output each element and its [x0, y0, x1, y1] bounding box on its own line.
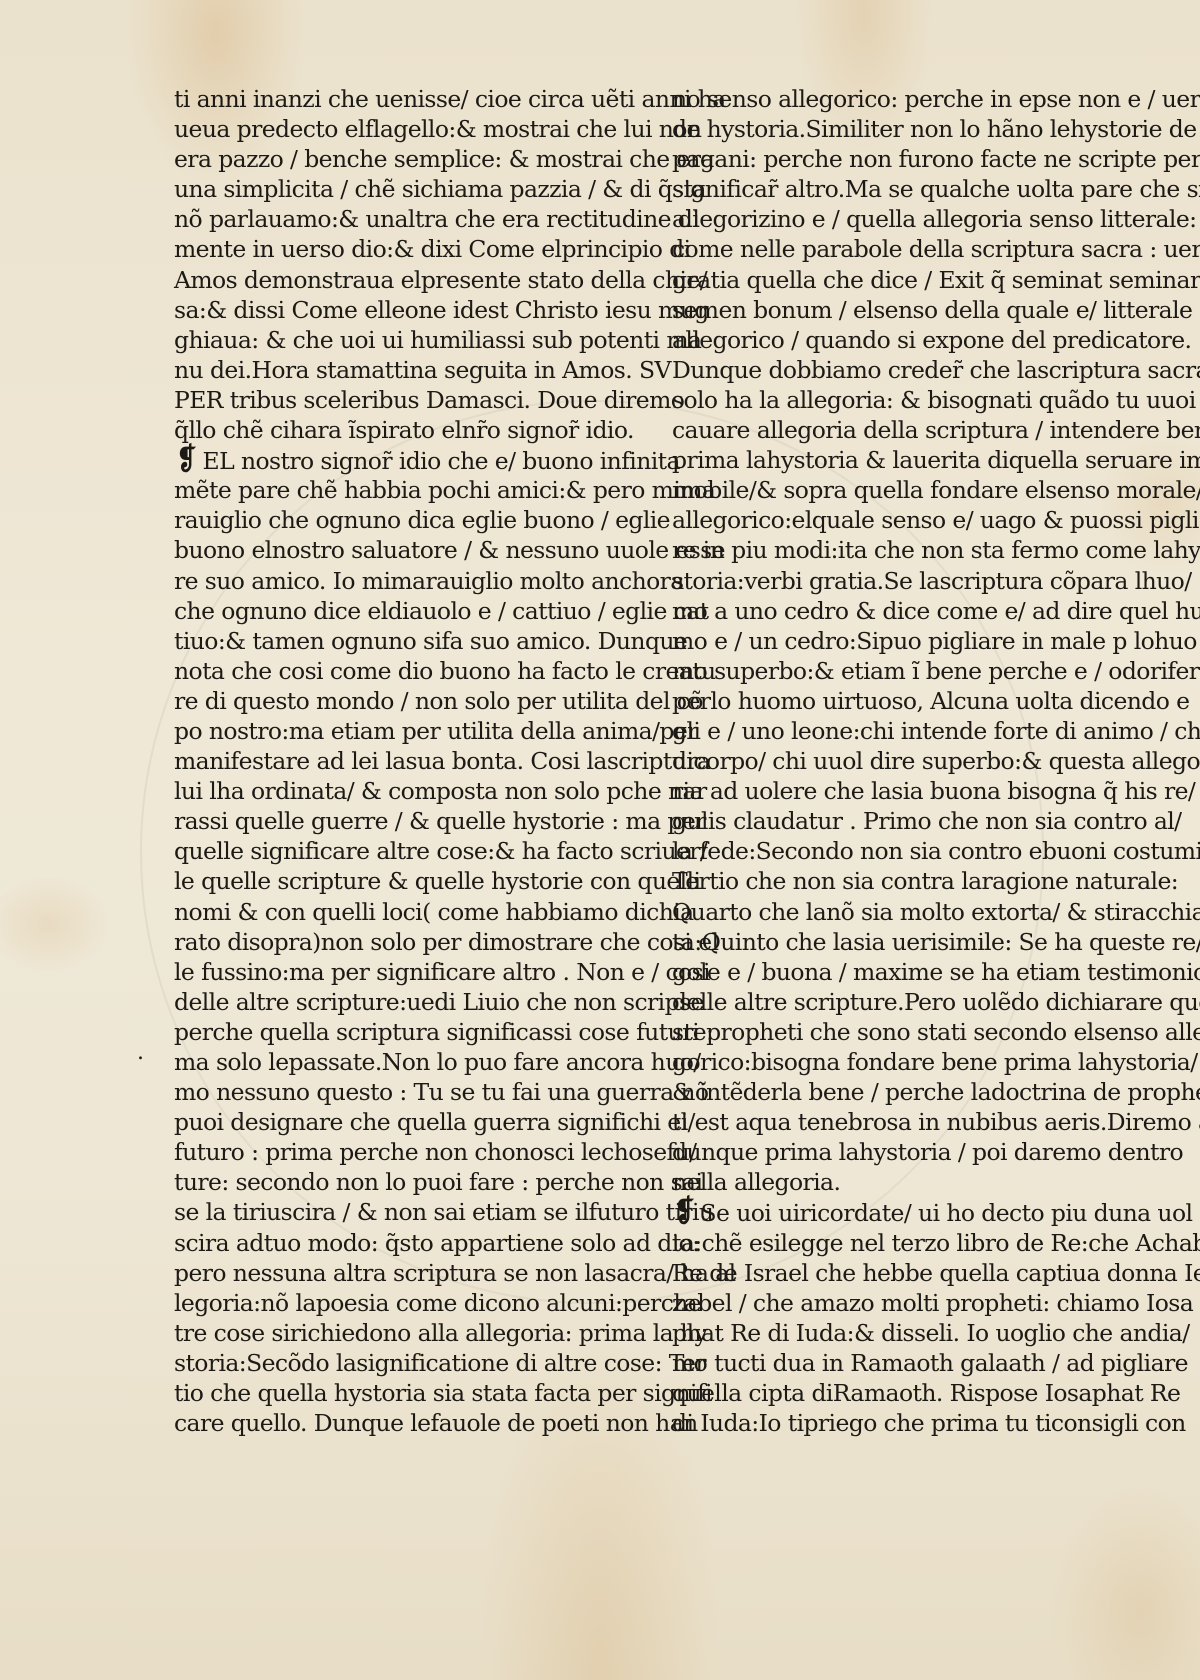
text-line: manifestare ad lei lasua bonta. Cosi las… — [174, 746, 634, 776]
text-line: phat Re di Iuda:& disseli. Io uoglio che… — [672, 1318, 1132, 1348]
line-text: & intẽderla bene / perche ladoctrina de … — [672, 1078, 1200, 1106]
line-text: PER tribus sceleribus Damasci. Doue dire… — [174, 386, 684, 414]
line-text: ueua predecto elflagello:& mostrai che l… — [174, 115, 701, 143]
line-text: una simplicita / chẽ sichiama pazzia / &… — [174, 175, 706, 203]
text-line: di Iuda:Io tipriego che prima tu ticonsi… — [672, 1408, 1132, 1438]
text-line: ta:chẽ esilegge nel terzo libro de Re:ch… — [672, 1228, 1132, 1258]
line-text: dicorpo/ chi uuol dire superbo:& questa … — [672, 747, 1200, 775]
line-text: se la tiriuscira / & non sai etiam se il… — [174, 1198, 713, 1226]
line-text: ta:Quinto che lasia uerisimile: Se ha qu… — [672, 928, 1200, 956]
text-line: no senso allegorico: perche in epse non … — [672, 84, 1132, 114]
text-line: mo superbo:& etiam ĩ bene perche e / odo… — [672, 656, 1132, 686]
line-text: ta:chẽ esilegge nel terzo libro de Re:ch… — [672, 1229, 1200, 1257]
text-line: tio che quella hystoria sia stata facta … — [174, 1378, 634, 1408]
line-text: tio che quella hystoria sia stata facta … — [174, 1379, 712, 1407]
line-text: EL nostro signor̃ idio che e/ buono infi… — [203, 447, 680, 475]
text-line: buono elnostro saluatore / & nessuno uuo… — [174, 535, 634, 565]
text-line: quella cipta diRamaoth. Rispose Iosaphat… — [672, 1378, 1132, 1408]
text-line: mẽte pare chẽ habbia pochi amici:& pero … — [174, 475, 634, 505]
text-line: gorico:bisogna fondare bene prima lahyst… — [672, 1047, 1132, 1077]
text-line: mo nessuno questo : Tu se tu fai una gue… — [174, 1077, 634, 1107]
text-line: ma solo lepassate.Non lo puo fare ancora… — [174, 1047, 634, 1077]
text-line: la fede:Secondo non sia contro ebuoni co… — [672, 836, 1132, 866]
line-text: nõ parlauamo:& unaltra che era rectitudi… — [174, 205, 699, 233]
text-line: perche quella scriptura significassi cos… — [174, 1017, 634, 1047]
paragraph-mark-icon: ❡ — [674, 1197, 694, 1227]
text-line: PER tribus sceleribus Damasci. Doue dire… — [174, 385, 634, 415]
text-line: storia:verbi gratia.Se lascriptura cõpar… — [672, 566, 1132, 596]
line-text: perlo huomo uirtuoso, Alcuna uolta dicen… — [672, 687, 1189, 715]
text-line: rassi quelle guerre / & quelle hystorie … — [174, 806, 634, 836]
line-text: legoria:nõ lapoesia come dicono alcuni:p… — [174, 1289, 701, 1317]
line-text: era pazzo / benche semplice: & mostrai c… — [174, 145, 714, 173]
line-text: nota che cosi come dio buono ha facto le… — [174, 657, 716, 685]
text-line: ❡Se uoi uiricordate/ ui ho decto piu dun… — [672, 1197, 1132, 1227]
line-text: Amos demonstraua elpresente stato della … — [174, 266, 707, 294]
text-line: nu dei.Hora stamattina seguita in Amos. … — [174, 355, 634, 385]
line-text: puoi designare che quella guerra signifi… — [174, 1108, 695, 1136]
line-text: mo superbo:& etiam ĩ bene perche e / odo… — [672, 657, 1200, 685]
line-text: zabel / che amazo molti propheti: chiamo… — [672, 1289, 1193, 1317]
line-text: ma solo lepassate.Non lo puo fare ancora… — [174, 1048, 701, 1076]
text-line: q̃llo chẽ cihara ĩspirato elnr̃o signor̃… — [174, 415, 634, 445]
line-text: tre cose sirichiedono alla allegoria: pr… — [174, 1319, 707, 1347]
line-text: allegorico / quando si expone del predic… — [672, 326, 1191, 354]
text-line: Quarto che lanõ sia molto extorta/ & sti… — [672, 897, 1132, 927]
text-line: gratia quella che dice / Exit q̃ seminat… — [672, 265, 1132, 295]
text-line: re suo amico. Io mimarauiglio molto anch… — [174, 566, 634, 596]
line-text: delle altre scripture:uedi Liuio che non… — [174, 988, 704, 1016]
text-line: sti propheti che sono stati secondo else… — [672, 1017, 1132, 1047]
line-text: ti anni inanzi che uenisse/ cioe circa u… — [174, 85, 726, 113]
text-line: ghiaua: & che uoi ui humiliassi sub pote… — [174, 325, 634, 355]
line-text: futuro : prima perche non chonosci lecho… — [174, 1138, 696, 1166]
line-text: care quello. Dunque lefauole de poeti no… — [174, 1409, 698, 1437]
line-text: manifestare ad lei lasua bonta. Cosi las… — [174, 747, 710, 775]
text-line: allegorico / quando si expone del predic… — [672, 325, 1132, 355]
text-line: nella allegoria. — [672, 1167, 1132, 1197]
line-text: mo a uno cedro & dice come e/ ad dire qu… — [672, 597, 1200, 625]
line-text: de hystoria.Similiter non lo hãno lehyst… — [672, 115, 1197, 143]
line-text: ghiaua: & che uoi ui humiliassi sub pote… — [174, 326, 701, 354]
text-line: scira adtuo modo: q̃sto appartiene solo … — [174, 1228, 634, 1258]
line-text: perche quella scriptura significassi cos… — [174, 1018, 713, 1046]
line-text: dunque prima lahystoria / poi daremo den… — [672, 1138, 1183, 1166]
line-text: che ognuno dice eldiauolo e / cattiuo / … — [174, 597, 708, 625]
line-text: nomi & con quelli loci( come habbiamo di… — [174, 898, 694, 926]
line-text: Tertio che non sia contra laragione natu… — [672, 867, 1178, 895]
text-line: mo tucti dua in Ramaoth galaath / ad pig… — [672, 1348, 1132, 1378]
line-text: solo ha la allegoria: & bisognati quãdo … — [672, 386, 1196, 414]
line-text: Dunque dobbiamo creder̃ che lascriptura … — [672, 356, 1200, 384]
text-line: pero nessuna altra scriptura se non lasa… — [174, 1258, 634, 1288]
text-line: gulis claudatur . Primo che non sia cont… — [672, 806, 1132, 836]
line-text: gratia quella che dice / Exit q̃ seminat… — [672, 266, 1200, 294]
text-line: re in piu modi:ita che non sta fermo com… — [672, 535, 1132, 565]
text-line: mo a uno cedro & dice come e/ ad dire qu… — [672, 596, 1132, 626]
line-text: cauare allegoria della scriptura / inten… — [672, 416, 1200, 444]
text-line: delle altre scripture.Pero uolẽdo dichia… — [672, 987, 1132, 1017]
text-line: tiuo:& tamen ognuno sifa suo amico. Dunq… — [174, 626, 634, 656]
line-text: sa:& dissi Come elleone idest Christo ie… — [174, 296, 709, 324]
text-line: perlo huomo uirtuoso, Alcuna uolta dicen… — [672, 686, 1132, 716]
line-text: la fede:Secondo non sia contro ebuoni co… — [672, 837, 1200, 865]
text-line: puoi designare che quella guerra signifi… — [174, 1107, 634, 1137]
line-text: ria ad uolere che lasia buona bisogna q̃… — [672, 777, 1195, 805]
text-line: significar̃ altro.Ma se qualche uolta pa… — [672, 174, 1132, 204]
text-line: legoria:nõ lapoesia come dicono alcuni:p… — [174, 1288, 634, 1318]
line-text: gorico:bisogna fondare bene prima lahyst… — [672, 1048, 1198, 1076]
text-line: le quelle scripture & quelle hystorie co… — [174, 866, 634, 896]
line-text: tiuo:& tamen ognuno sifa suo amico. Dunq… — [174, 627, 687, 655]
text-line: ria ad uolere che lasia buona bisogna q̃… — [672, 776, 1132, 806]
text-line: ta:Quinto che lasia uerisimile: Se ha qu… — [672, 927, 1132, 957]
text-line: le fussino:ma per significare altro . No… — [174, 957, 634, 987]
text-line: ueua predecto elflagello:& mostrai che l… — [174, 114, 634, 144]
text-line: nõ parlauamo:& unaltra che era rectitudi… — [174, 204, 634, 234]
line-text: mẽte pare chẽ habbia pochi amici:& pero … — [174, 476, 715, 504]
text-line: tre cose sirichiedono alla allegoria: pr… — [174, 1318, 634, 1348]
text-line: mobile/& sopra quella fondare elsenso mo… — [672, 475, 1132, 505]
line-text: pero nessuna altra scriptura se non lasa… — [174, 1259, 736, 1287]
text-line: nomi & con quelli loci( come habbiamo di… — [174, 897, 634, 927]
line-text: po nostro:ma etiam per utilita della ani… — [174, 717, 698, 745]
parchment-page: ti anni inanzi che uenisse/ cioe circa u… — [0, 0, 1200, 1680]
line-text: lui lha ordinata/ & composta non solo pc… — [174, 777, 707, 805]
text-line: rauiglio che ognuno dica eglie buono / e… — [174, 505, 634, 535]
text-line: allegorico:elquale senso e/ uago & puoss… — [672, 505, 1132, 535]
text-line: & intẽderla bene / perche ladoctrina de … — [672, 1077, 1132, 1107]
line-text: ti est aqua tenebrosa in nubibus aeris.D… — [672, 1108, 1200, 1136]
line-text: rassi quelle guerre / & quelle hystorie … — [174, 807, 706, 835]
line-text: pagani: perche non furono facte ne scrip… — [672, 145, 1200, 173]
text-line: rato disopra)non solo per dimostrare che… — [174, 927, 634, 957]
text-line: dicorpo/ chi uuol dire superbo:& questa … — [672, 746, 1132, 776]
line-text: quella cipta diRamaoth. Rispose Iosaphat… — [672, 1379, 1180, 1407]
text-line: storia:Secõdo lasignificatione di altre … — [174, 1348, 634, 1378]
text-line: prima lahystoria & lauerita diquella ser… — [672, 445, 1132, 475]
line-text: mente in uerso dio:& dixi Come elprincip… — [174, 235, 691, 263]
text-line: po nostro:ma etiam per utilita della ani… — [174, 716, 634, 746]
line-text: buono elnostro saluatore / & nessuno uuo… — [174, 536, 725, 564]
line-text: mobile/& sopra quella fondare elsenso mo… — [672, 476, 1200, 504]
line-text: delle altre scripture.Pero uolẽdo dichia… — [672, 988, 1200, 1016]
text-line: care quello. Dunque lefauole de poeti no… — [174, 1408, 634, 1438]
text-line: ti anni inanzi che uenisse/ cioe circa u… — [174, 84, 634, 114]
line-text: gole e / buona / maxime se ha etiam test… — [672, 958, 1200, 986]
text-line: cauare allegoria della scriptura / inten… — [672, 415, 1132, 445]
text-line: lui lha ordinata/ & composta non solo pc… — [174, 776, 634, 806]
text-line: allegorizino e / quella allegoria senso … — [672, 204, 1132, 234]
text-line: una simplicita / chẽ sichiama pazzia / &… — [174, 174, 634, 204]
text-line: gole e / buona / maxime se ha etiam test… — [672, 957, 1132, 987]
text-line: se la tiriuscira / & non sai etiam se il… — [174, 1197, 634, 1227]
text-line: Re de Israel che hebbe quella captiua do… — [672, 1258, 1132, 1288]
text-line: gli e / uno leone:chi intende forte di a… — [672, 716, 1132, 746]
text-line: quelle significare altre cose:& ha facto… — [174, 836, 634, 866]
line-text: gulis claudatur . Primo che non sia cont… — [672, 807, 1182, 835]
line-text: mo nessuno questo : Tu se tu fai una gue… — [174, 1078, 708, 1106]
text-line: delle altre scripture:uedi Liuio che non… — [174, 987, 634, 1017]
stray-mark: . — [137, 1040, 144, 1065]
text-line: zabel / che amazo molti propheti: chiamo… — [672, 1288, 1132, 1318]
line-text: di Iuda:Io tipriego che prima tu ticonsi… — [672, 1409, 1186, 1437]
line-text: re di questo mondo / non solo per utilit… — [174, 687, 703, 715]
line-text: semen bonum / elsenso della quale e/ lit… — [672, 296, 1200, 324]
line-text: nella allegoria. — [672, 1168, 840, 1196]
text-line: ti est aqua tenebrosa in nubibus aeris.D… — [672, 1107, 1132, 1137]
line-text: nu dei.Hora stamattina seguita in Amos. … — [174, 356, 671, 384]
text-line: sa:& dissi Come elleone idest Christo ie… — [174, 295, 634, 325]
text-line: futuro : prima perche non chonosci lecho… — [174, 1137, 634, 1167]
text-line: de hystoria.Similiter non lo hãno lehyst… — [672, 114, 1132, 144]
text-line: mente in uerso dio:& dixi Come elprincip… — [174, 234, 634, 264]
paragraph-mark-icon: ❡ — [176, 445, 196, 475]
line-text: scira adtuo modo: q̃sto appartiene solo … — [174, 1229, 700, 1257]
text-line: Amos demonstraua elpresente stato della … — [174, 265, 634, 295]
text-line: Dunque dobbiamo creder̃ che lascriptura … — [672, 355, 1132, 385]
line-text: re in piu modi:ita che non sta fermo com… — [672, 536, 1200, 564]
text-line: pagani: perche non furono facte ne scrip… — [672, 144, 1132, 174]
line-text: no senso allegorico: perche in epse non … — [672, 85, 1200, 113]
line-text: prima lahystoria & lauerita diquella ser… — [672, 446, 1200, 474]
text-line: solo ha la allegoria: & bisognati quãdo … — [672, 385, 1132, 415]
line-text: ture: secondo non lo puoi fare : perche … — [174, 1168, 702, 1196]
line-text: re suo amico. Io mimarauiglio molto anch… — [174, 567, 684, 595]
line-text: rato disopra)non solo per dimostrare che… — [174, 928, 718, 956]
left-text-column: ti anni inanzi che uenisse/ cioe circa u… — [174, 84, 634, 1438]
line-text: mo e / un cedro:Sipuo pigliare in male p… — [672, 627, 1197, 655]
text-line: che ognuno dice eldiauolo e / cattiuo / … — [174, 596, 634, 626]
text-line: nota che cosi come dio buono ha facto le… — [174, 656, 634, 686]
line-text: gli e / uno leone:chi intende forte di a… — [672, 717, 1200, 745]
text-line: ture: secondo non lo puoi fare : perche … — [174, 1167, 634, 1197]
line-text: phat Re di Iuda:& disseli. Io uoglio che… — [672, 1319, 1190, 1347]
line-text: sti propheti che sono stati secondo else… — [672, 1018, 1200, 1046]
line-text: quelle significare altre cose:& ha facto… — [174, 837, 707, 865]
text-line: ❡EL nostro signor̃ idio che e/ buono inf… — [174, 445, 634, 475]
line-text: rauiglio che ognuno dica eglie buono / e… — [174, 506, 670, 534]
line-text: Re de Israel che hebbe quella captiua do… — [672, 1259, 1200, 1287]
line-text: allegorizino e / quella allegoria senso … — [672, 205, 1196, 233]
text-line: semen bonum / elsenso della quale e/ lit… — [672, 295, 1132, 325]
text-line: era pazzo / benche semplice: & mostrai c… — [174, 144, 634, 174]
text-line: Tertio che non sia contra laragione natu… — [672, 866, 1132, 896]
text-line: come nelle parabole della scriptura sacr… — [672, 234, 1132, 264]
text-line: mo e / un cedro:Sipuo pigliare in male p… — [672, 626, 1132, 656]
line-text: le quelle scripture & quelle hystorie co… — [174, 867, 700, 895]
text-line: dunque prima lahystoria / poi daremo den… — [672, 1137, 1132, 1167]
text-line: re di questo mondo / non solo per utilit… — [174, 686, 634, 716]
line-text: come nelle parabole della scriptura sacr… — [672, 235, 1200, 263]
line-text: le fussino:ma per significare altro . No… — [174, 958, 710, 986]
line-text: Quarto che lanõ sia molto extorta/ & sti… — [672, 898, 1200, 926]
line-text: storia:verbi gratia.Se lascriptura cõpar… — [672, 567, 1192, 595]
line-text: significar̃ altro.Ma se qualche uolta pa… — [672, 175, 1200, 203]
right-text-column: no senso allegorico: perche in epse non … — [672, 84, 1132, 1438]
line-text: mo tucti dua in Ramaoth galaath / ad pig… — [672, 1349, 1188, 1377]
line-text: Se uoi uiricordate/ ui ho decto piu duna… — [701, 1199, 1193, 1227]
line-text: storia:Secõdo lasignificatione di altre … — [174, 1349, 706, 1377]
line-text: allegorico:elquale senso e/ uago & puoss… — [672, 506, 1200, 534]
line-text: q̃llo chẽ cihara ĩspirato elnr̃o signor̃… — [174, 416, 634, 444]
